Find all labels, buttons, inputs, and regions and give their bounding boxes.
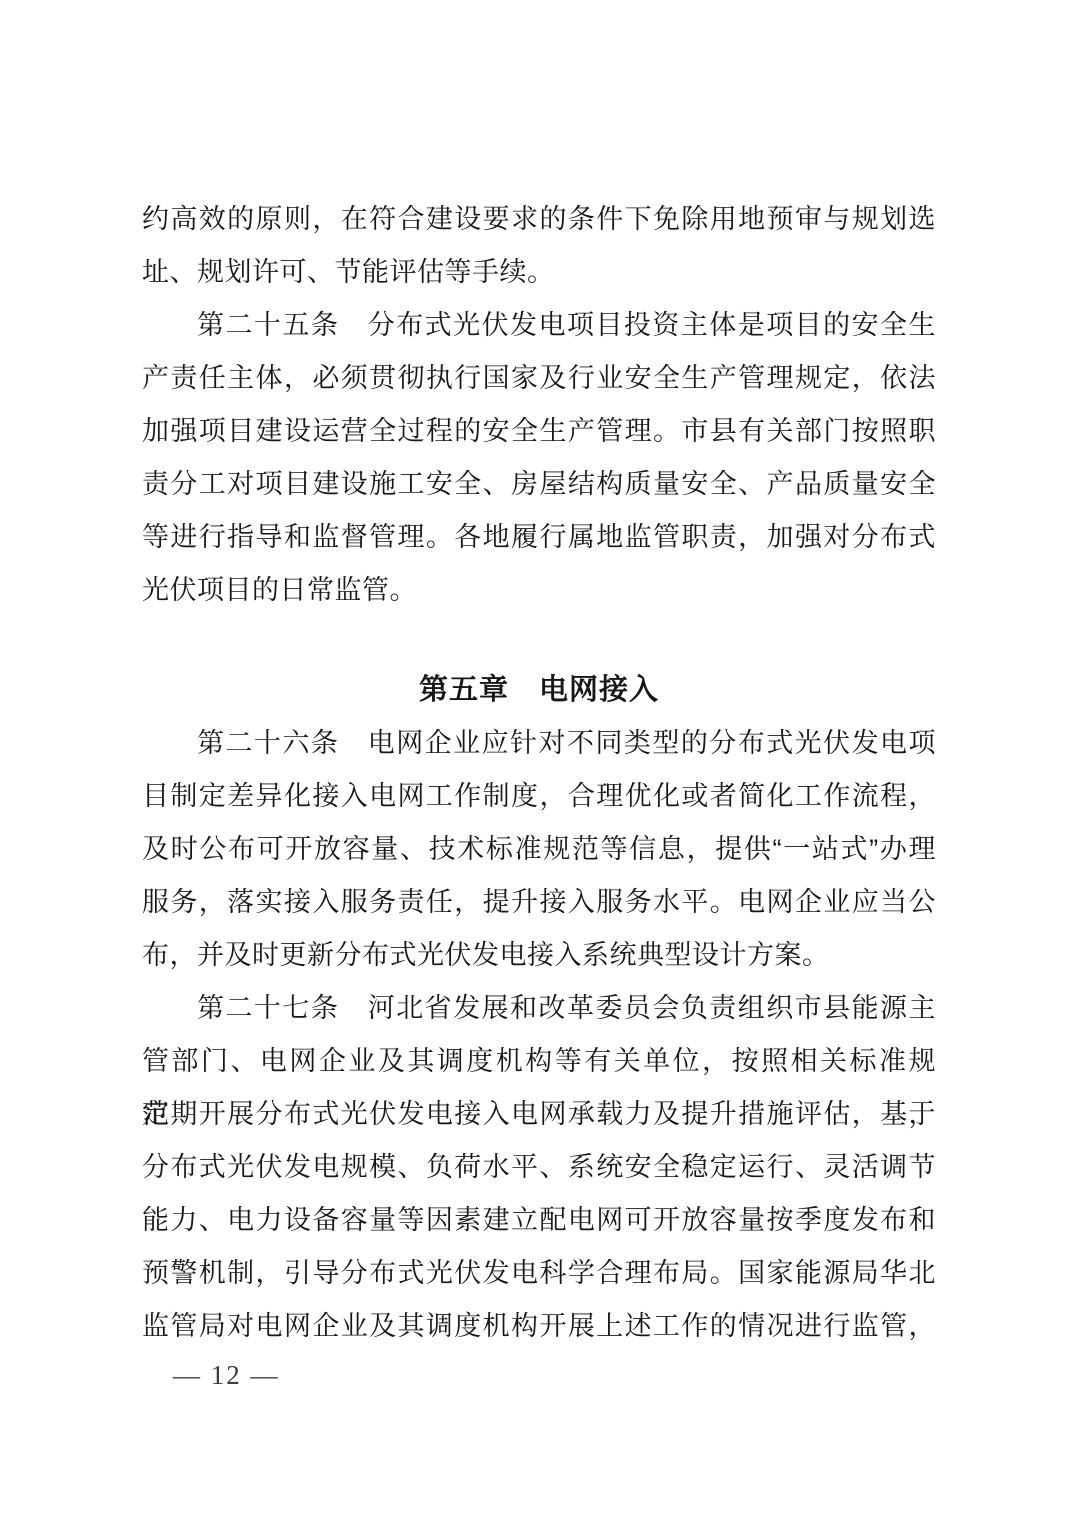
text-line: 及时公布可开放容量、技术标准规范等信息，提供“一站式”办理 <box>142 823 936 876</box>
text-line: 约高效的原则，在符合建设要求的条件下免除用地预审与规划选 <box>142 193 936 246</box>
text-line: 等进行指导和监督管理。各地履行属地监管职责，加强对分布式 <box>142 511 936 564</box>
text-line: 管部门、电网企业及其调度机构等有关单位，按照相关标准规范， <box>142 1035 936 1088</box>
text-line: 光伏项目的日常监管。 <box>142 564 936 617</box>
page-number: — 12 — <box>173 1355 280 1395</box>
document-body: 约高效的原则，在符合建设要求的条件下免除用地预审与规划选 址、规划许可、节能评估… <box>142 193 936 1353</box>
text-line: 能力、电力设备容量等因素建立配电网可开放容量按季度发布和 <box>142 1194 936 1247</box>
text-line: 布，并及时更新分布式光伏发电接入系统典型设计方案。 <box>142 929 936 982</box>
text-line: 监管局对电网企业及其调度机构开展上述工作的情况进行监管， <box>142 1300 936 1353</box>
text-line: 址、规划许可、节能评估等手续。 <box>142 246 936 299</box>
text-line: 加强项目建设运营全过程的安全生产管理。市县有关部门按照职 <box>142 405 936 458</box>
text-line: 责分工对项目建设施工安全、房屋结构质量安全、产品质量安全 <box>142 458 936 511</box>
text-line: 目制定差异化接入电网工作制度，合理优化或者简化工作流程， <box>142 770 936 823</box>
text-line: 定期开展分布式光伏发电接入电网承载力及提升措施评估，基于 <box>142 1088 936 1141</box>
text-line: 分布式光伏发电规模、负荷水平、系统安全稳定运行、灵活调节 <box>142 1141 936 1194</box>
text-line: 产责任主体，必须贯彻执行国家及行业安全生产管理规定，依法 <box>142 352 936 405</box>
document-page: 约高效的原则，在符合建设要求的条件下免除用地预审与规划选 址、规划许可、节能评估… <box>0 0 1080 1527</box>
text-line: 预警机制，引导分布式光伏发电科学合理布局。国家能源局华北 <box>142 1247 936 1300</box>
text-line-article-27: 第二十七条 河北省发展和改革委员会负责组织市县能源主 <box>142 982 936 1035</box>
chapter-heading: 第五章 电网接入 <box>142 664 936 717</box>
text-line: 服务，落实接入服务责任，提升接入服务水平。电网企业应当公 <box>142 876 936 929</box>
text-line-article-25: 第二十五条 分布式光伏发电项目投资主体是项目的安全生 <box>142 299 936 352</box>
text-line-article-26: 第二十六条 电网企业应针对不同类型的分布式光伏发电项 <box>142 717 936 770</box>
